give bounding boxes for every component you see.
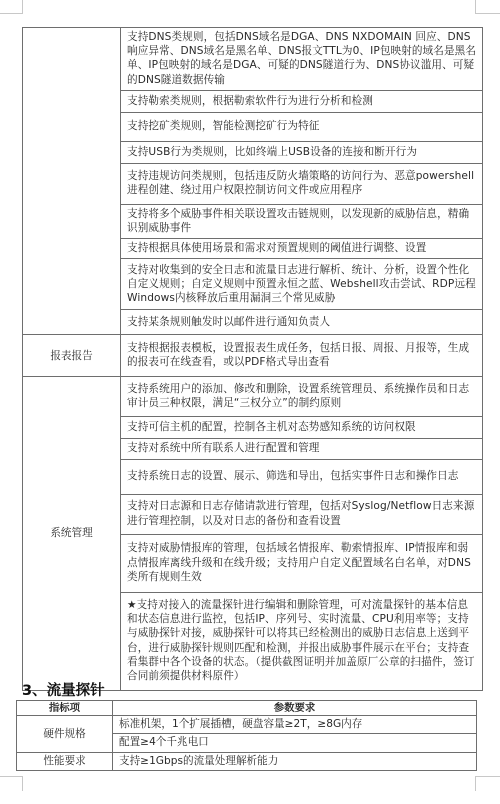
requirement-cell: 支持根据报表模板，设置报表生成任务，包括日报、周报、月报等，生成的报表可在线查看…	[121, 335, 483, 377]
requirements-table: 支持DNS类规则，包括DNS域名是DGA、DNS NXDOMAIN 回应、DNS…	[22, 27, 483, 691]
requirement-cell: 支持违规访问类规则，包括违反防火墙策略的访问行为、恶意powershell进程创…	[121, 163, 483, 204]
requirement-cell: 支持USB行为类规则，比如终端上USB设备的连接和断开行为	[121, 141, 483, 163]
requirement-cell: 支持将多个威胁事件相关联设置攻击链规则，以发现新的威胁信息，精确识别威胁事件	[121, 204, 483, 238]
table-row: 系统管理 支持系统用户的添加、修改和删除，设置系统管理员、系统操作员和日志审计员…	[23, 377, 483, 417]
requirement-cell: 支持系统用户的添加、修改和删除，设置系统管理员、系统操作员和日志审计员三种权限，…	[121, 377, 483, 417]
page-corner-mark-top-left	[0, 0, 23, 14]
requirement-cell: 支持对收集到的安全日志和流量日志进行解析、统计、分析，设置个性化自定义规则；自定…	[121, 259, 483, 310]
requirement-cell: 标准机架，1个扩展插槽，硬盘容量≥2T，≥8G内存	[113, 716, 477, 734]
page-corner-mark-bottom-left	[0, 776, 23, 791]
requirement-cell: 支持≥1Gbps的流量处理解析能力	[113, 752, 477, 770]
requirement-cell: 支持对日志源和日志存储请款进行管理，包括对Syslog/Netflow日志来源进…	[121, 494, 483, 534]
column-header-requirement: 参数要求	[113, 701, 477, 716]
requirement-cell-starred: ★支持对接入的流量探针进行编辑和删除管理，可对流量探针的基本信息和状态信息进行监…	[121, 592, 483, 690]
category-cell-system-management: 系统管理	[23, 377, 121, 690]
traffic-probe-table: 指标项 参数要求 硬件规格 标准机架，1个扩展插槽，硬盘容量≥2T，≥8G内存 …	[16, 700, 477, 771]
requirement-cell: 支持对系统中所有联系人进行配置和管理	[121, 439, 483, 459]
requirement-cell: 支持勒索类规则，根据勒索软件行为进行分析和检测	[121, 90, 483, 112]
table-header-row: 指标项 参数要求	[17, 701, 477, 716]
table-row: 支持DNS类规则，包括DNS域名是DGA、DNS NXDOMAIN 回应、DNS…	[23, 28, 483, 91]
table-row: 硬件规格 标准机架，1个扩展插槽，硬盘容量≥2T，≥8G内存	[17, 716, 477, 734]
column-header-indicator: 指标项	[17, 701, 113, 716]
table-row: 报表报告 支持根据报表模板，设置报表生成任务，包括日报、周报、月报等，生成的报表…	[23, 335, 483, 377]
section-heading: 3、流量探针	[22, 679, 105, 700]
page-corner-mark-top-right	[475, 0, 500, 14]
category-cell-reports: 报表报告	[23, 335, 121, 377]
table-row: 性能要求 支持≥1Gbps的流量处理解析能力	[17, 752, 477, 770]
requirement-cell: 支持某条规则触发时以邮件进行通知负责人	[121, 310, 483, 335]
requirement-cell: 支持挖矿类规则，智能检测挖矿行为特征	[121, 112, 483, 141]
requirement-cell: 支持根据具体使用场景和需求对预置规则的阈值进行调整、设置	[121, 239, 483, 259]
category-cell-performance: 性能要求	[17, 752, 113, 770]
requirement-cell: 支持对威胁情报库的管理，包括域名情报库、勒索情报库、IP情报库和弱点情报库离线升…	[121, 534, 483, 592]
category-cell	[23, 28, 121, 335]
requirement-cell: 支持系统日志的设置、展示、筛选和导出，包括实事件日志和操作日志	[121, 459, 483, 494]
requirement-cell: 支持DNS类规则，包括DNS域名是DGA、DNS NXDOMAIN 回应、DNS…	[121, 28, 483, 91]
page-corner-mark-bottom-right	[475, 776, 500, 791]
requirement-cell: 支持可信主机的配置，控制各主机对态势感知系统的访问权限	[121, 417, 483, 439]
requirement-cell: 配置≥4个千兆电口	[113, 734, 477, 752]
category-cell-hardware: 硬件规格	[17, 716, 113, 752]
